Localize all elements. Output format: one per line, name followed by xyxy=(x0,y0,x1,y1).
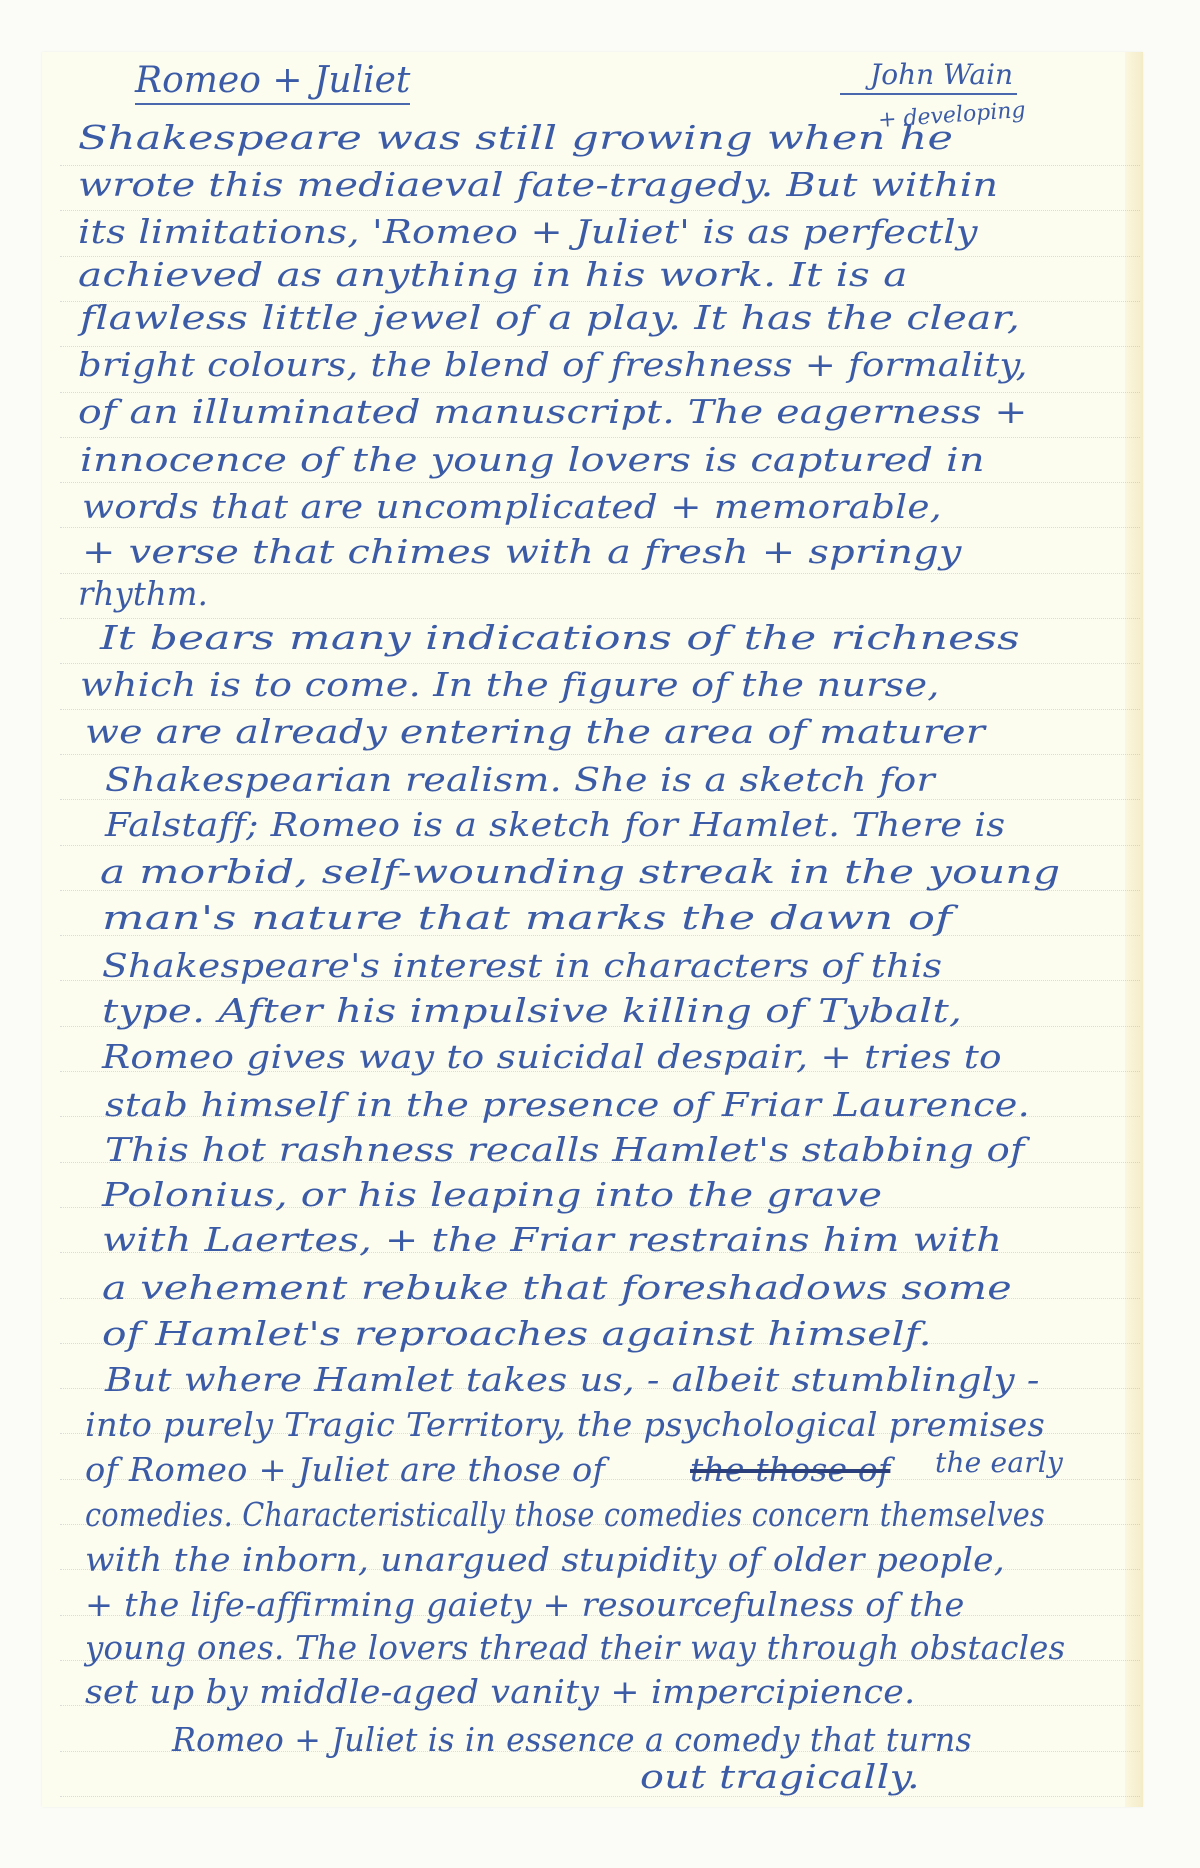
manuscript-line: a vehement rebuke that foreshadows some xyxy=(102,1268,1012,1307)
manuscript-line: type. After his impulsive killing of Tyb… xyxy=(102,991,962,1030)
manuscript-line: wrote this mediaeval fate-tragedy. But w… xyxy=(78,165,998,204)
author-name: John Wain xyxy=(840,58,1017,95)
ruled-line xyxy=(60,754,1140,755)
manuscript-line: Romeo + Juliet is in essence a comedy th… xyxy=(172,1720,972,1759)
manuscript-line: Romeo gives way to suicidal despair, + t… xyxy=(102,1037,1002,1076)
manuscript-line: flawless little jewel of a play. It has … xyxy=(80,298,1020,337)
manuscript-line-continuation: the early xyxy=(935,1446,1063,1479)
paper-edge xyxy=(1125,52,1143,1807)
manuscript-line: with the inborn, unargued stupidity of o… xyxy=(85,1540,1005,1579)
manuscript-line: rhythm. xyxy=(78,574,208,613)
manuscript-line: with Laertes, + the Friar restrains him … xyxy=(102,1220,1002,1259)
manuscript-line: achieved as anything in his work. It is … xyxy=(78,255,908,294)
manuscript-line: of Romeo + Juliet are those of xyxy=(85,1450,605,1489)
manuscript-line: man's nature that marks the dawn of xyxy=(102,898,952,937)
manuscript-line: which is to come. In the figure of the n… xyxy=(80,665,940,704)
manuscript-line: of Hamlet's reproaches against himself. xyxy=(102,1314,932,1353)
manuscript-line: comedies. Characteristically those comed… xyxy=(85,1495,1045,1534)
ruled-line xyxy=(60,437,1140,438)
manuscript-line: set up by middle-aged vanity + impercipi… xyxy=(85,1672,915,1711)
manuscript-line: out tragically. xyxy=(640,1757,920,1796)
manuscript-line: Falstaff; Romeo is a sketch for Hamlet. … xyxy=(105,805,1005,844)
ruled-line xyxy=(60,482,1140,483)
ruled-line xyxy=(60,527,1140,528)
manuscript-line: innocence of the young lovers is capture… xyxy=(80,440,985,479)
manuscript-line: Polonius, or his leaping into the grave xyxy=(102,1175,882,1214)
manuscript-line: we are already entering the area of matu… xyxy=(85,712,985,751)
manuscript-line: Shakespeare was still growing when he xyxy=(78,118,953,157)
ruled-line xyxy=(60,845,1140,846)
ruled-line xyxy=(60,799,1140,800)
ruled-line xyxy=(60,709,1140,710)
manuscript-line: Shakespearian realism. She is a sketch f… xyxy=(105,760,935,799)
manuscript-line: a morbid, self-wounding streak in the yo… xyxy=(100,852,1060,891)
manuscript-line: + the life-affirming gaiety + resourcefu… xyxy=(85,1585,965,1624)
manuscript-line: young ones. The lovers thread their way … xyxy=(85,1628,1065,1667)
manuscript-line: Shakespeare's interest in characters of … xyxy=(102,946,942,985)
manuscript-line: This hot rashness recalls Hamlet's stabb… xyxy=(105,1130,1025,1169)
manuscript-line: But where Hamlet takes us, - albeit stum… xyxy=(105,1360,1040,1399)
manuscript-line: It bears many indications of the richnes… xyxy=(100,618,1020,657)
manuscript-line: stab himself in the presence of Friar La… xyxy=(105,1085,1030,1124)
document-title: Romeo + Juliet xyxy=(135,60,410,105)
manuscript-line: of an illuminated manuscript. The eagern… xyxy=(78,392,1028,431)
manuscript-line: bright colours, the blend of freshness +… xyxy=(78,345,1028,384)
manuscript-line: into purely Tragic Territory, the psycho… xyxy=(85,1405,1045,1444)
manuscript-line: + verse that chimes with a fresh + sprin… xyxy=(82,532,962,571)
struck-out-text: the those of xyxy=(690,1450,890,1489)
manuscript-line: words that are uncomplicated + memorable… xyxy=(82,487,942,526)
manuscript-line: its limitations, 'Romeo + Juliet' is as … xyxy=(78,212,978,251)
ruled-line xyxy=(60,573,1140,574)
ruled-line xyxy=(60,1796,1140,1797)
